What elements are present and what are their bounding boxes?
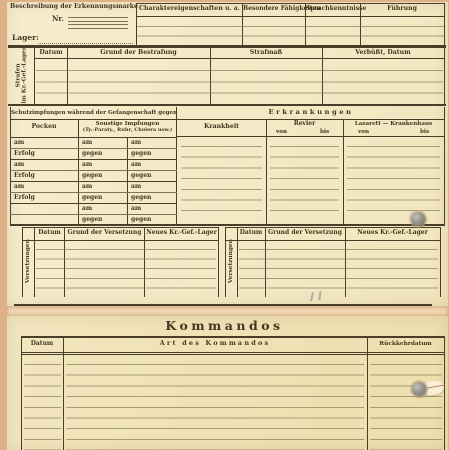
impfungen-title: Schutzimpfungen während der Gefangenscha…: [11, 110, 175, 116]
scanned-pow-record-card: Beschreibung der Erkennungsmarke Nr. Lag…: [0, 0, 449, 450]
imp-cell: am: [14, 137, 24, 148]
lager-dotted-line: [38, 36, 133, 44]
versetzungen-left-col-lager: Neues Kr.-Gef.-Lager: [145, 230, 218, 237]
imp-cell: am: [131, 137, 141, 148]
versetzungen-left-col-datum: Datum: [35, 230, 64, 237]
revier-von-label: von: [276, 129, 287, 135]
imp-cell: gegen: [82, 192, 102, 203]
strafen-col-datum: Datum: [35, 50, 67, 57]
section-rule-1: [8, 45, 446, 48]
traits-col-charakter: Charaktereigenschaften u. a.: [138, 6, 241, 13]
upper-card-bottom-rule: [14, 304, 432, 306]
imp-cell: gegen: [131, 170, 151, 181]
impfungen-col-sonstige-sub: (Ty.-Paraty., Ruhr, Cholera usw.): [79, 128, 176, 134]
imp-cell: am: [82, 203, 92, 214]
versetzungen-left-col-grund: Grund der Versetzung: [65, 230, 144, 237]
erkrankungen-col-krankheit: Krankheit: [178, 124, 265, 131]
versetzungen-right-col-datum: Datum: [238, 230, 264, 237]
versetzungen-right-col-grund: Grund der Versetzung: [266, 230, 344, 237]
revier-bis-label: bis: [320, 129, 329, 135]
strafen-col-verbuesst: Verbüßt, Datum: [323, 50, 443, 57]
imp-cell: gegen: [82, 170, 102, 181]
versetzungen-right-col-lager: Neues Kr.-Gef.-Lager: [346, 230, 439, 237]
imp-cell: am: [82, 181, 92, 192]
traits-col-fuehrung: Führung: [361, 6, 443, 13]
lazarett-bis-label: bis: [420, 129, 429, 135]
lazarett-von-label: von: [358, 129, 369, 135]
imp-cell: Erfolg: [14, 148, 35, 159]
strafen-col-strafmass: Strafmaß: [211, 50, 321, 57]
lager-label: Lager:: [12, 34, 39, 42]
sheet-gap: [7, 306, 448, 316]
imp-cell: am: [131, 181, 141, 192]
imp-cell: gegen: [131, 192, 151, 203]
imp-cell: am: [82, 159, 92, 170]
id-block-title: Beschreibung der Erkennungsmarke: [10, 4, 135, 11]
grommet-lower: [412, 382, 426, 396]
strafen-col-grund: Grund der Bestrafung: [68, 50, 209, 57]
imp-cell: am: [14, 181, 24, 192]
strafen-side-label: Strafen im Kr.-Gef.-Lager: [16, 44, 29, 106]
section-rule-2: [8, 104, 446, 106]
imp-cell: am: [14, 159, 24, 170]
traits-col-faehigkeiten: Besondere Fähigkeiten: [243, 6, 304, 13]
kommandos-col-datum: Datum: [22, 341, 62, 348]
imp-cell: am: [131, 203, 141, 214]
versetzungen-side-label-left: Versetzungen: [25, 226, 31, 296]
kommandos-col-rueckkehr: Rückkehrdatum: [368, 341, 443, 347]
imp-cell: gegen: [82, 148, 102, 159]
impfungen-col-pocken: Pocken: [11, 124, 77, 131]
imp-cell: am: [82, 137, 92, 148]
erkrankungen-title: Erkrankungen: [177, 109, 445, 116]
traits-col-sprachen: Sprachkenntnisse: [306, 6, 359, 13]
erkrankungen-col-lazarett: Lazarett — Krankenhaus: [344, 121, 443, 127]
imp-cell: Erfolg: [14, 170, 35, 181]
kommandos-col-art: Art des Kommandos: [64, 340, 366, 347]
imp-cell: Erfolg: [14, 192, 35, 203]
imp-cell: gegen: [131, 148, 151, 159]
grommet-upper: [411, 212, 425, 226]
imp-cell: am: [131, 159, 141, 170]
versetzungen-side-label-right: Versetzungen: [228, 226, 234, 296]
erkrankungen-col-revier: Revier: [267, 121, 342, 128]
nr-label: Nr.: [52, 15, 64, 23]
kommandos-title: Kommandos: [0, 319, 449, 333]
